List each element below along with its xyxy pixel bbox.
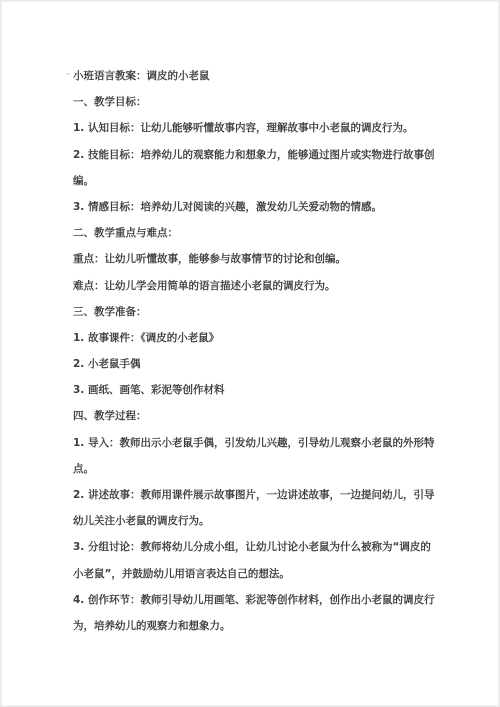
text-line: 重点：让幼儿听懂故事，能够参与故事情节的讨论和创编。 (73, 246, 435, 272)
text-line: 3. 画纸、画笔、彩泥等创作材料 (73, 377, 435, 403)
text-line: 四、教学过程： (73, 403, 435, 429)
text-line: 3. 分组讨论：教师将幼儿分成小组，让幼儿讨论小老鼠为什么被称为“调皮的 (73, 534, 435, 560)
text-line: 2. 技能目标：培养幼儿的观察能力和想象力，能够通过图片或实物进行故事创 (73, 142, 435, 168)
text-line: 4. 创作环节：教师引导幼儿用画笔、彩泥等创作材料，创作出小老鼠的调皮行 (73, 587, 435, 613)
document-body: -小班语言教案：调皮的小老鼠 一、教学目标：1. 认知目标：让幼儿能够听懂故事内… (73, 63, 435, 639)
text-line: 幼儿关注小老鼠的调皮行为。 (73, 508, 435, 534)
text-line: 2. 小老鼠手偶 (73, 351, 435, 377)
text-line: 1. 故事课件：《调皮的小老鼠》 (73, 325, 435, 351)
page: -小班语言教案：调皮的小老鼠 一、教学目标：1. 认知目标：让幼儿能够听懂故事内… (0, 0, 500, 707)
text-line: 三、教学准备： (73, 299, 435, 325)
text-line: 点。 (73, 456, 435, 482)
text-line: 一、教学目标： (73, 89, 435, 115)
text-line: 3. 情感目标：培养幼儿对阅读的兴趣，激发幼儿关爱动物的情感。 (73, 194, 435, 220)
title-mark: - (66, 61, 73, 87)
text-line: 编。 (73, 168, 435, 194)
text-line: 1. 认知目标：让幼儿能够听懂故事内容，理解故事中小老鼠的调皮行为。 (73, 115, 435, 141)
text-line: 为，培养幼儿的观察力和想象力。 (73, 613, 435, 639)
document-title-text: 小班语言教案：调皮的小老鼠 (73, 70, 210, 82)
text-line: 1. 导入：教师出示小老鼠手偶，引发幼儿兴趣，引导幼儿观察小老鼠的外形特 (73, 430, 435, 456)
document-title: -小班语言教案：调皮的小老鼠 (73, 63, 435, 89)
text-line: 小老鼠”，并鼓励幼儿用语言表达自己的想法。 (73, 561, 435, 587)
text-line: 2. 讲述故事：教师用课件展示故事图片，一边讲述故事，一边提问幼儿，引导 (73, 482, 435, 508)
text-line: 二、教学重点与难点： (73, 220, 435, 246)
text-line: 难点：让幼儿学会用简单的语言描述小老鼠的调皮行为。 (73, 273, 435, 299)
